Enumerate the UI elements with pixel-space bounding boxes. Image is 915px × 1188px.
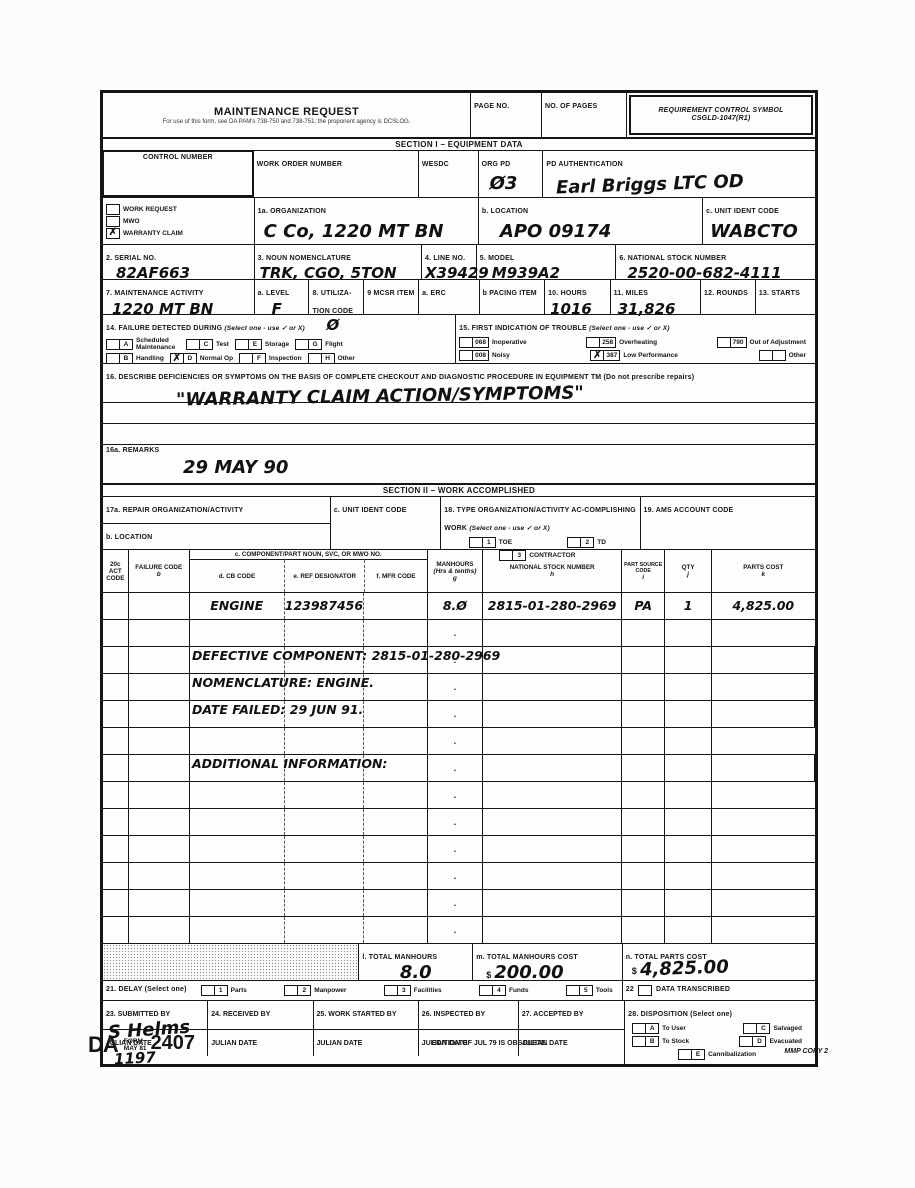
checkbox-box-icon[interactable]: G <box>295 339 322 350</box>
cell-qty <box>665 809 711 835</box>
checkbox-label: WARRANTY CLAIM <box>123 230 183 237</box>
cell-cost <box>712 701 815 727</box>
checkbox-label: Test <box>216 341 229 348</box>
checkbox-label: Inspection <box>269 355 302 362</box>
cell-nsn <box>483 917 622 943</box>
cell-ref: 123987456 <box>285 593 365 619</box>
col-qty: QTY j <box>665 550 711 592</box>
cell-fail <box>129 809 190 835</box>
total-manhours-label: l. TOTAL MANHOURS <box>362 954 437 961</box>
decimal-point: . <box>454 709 457 719</box>
checkbox-normal-op[interactable]: ✗DNormal Op <box>170 353 233 364</box>
checkbox-inspection[interactable]: FInspection <box>239 353 302 364</box>
cell-cb <box>190 917 285 943</box>
cell-mfr <box>364 890 427 916</box>
checkbox-label: Noisy <box>492 352 510 359</box>
cell-nsn <box>483 863 622 889</box>
uic-label: c. UNIT IDENT CODE <box>706 208 779 215</box>
dollar-sign: $ <box>632 966 637 976</box>
accepted-by-label: 27. ACCEPTED BY <box>522 1011 584 1018</box>
decimal-point: . <box>454 898 457 908</box>
rcs-value: CSGLD-1047(R1) <box>634 115 808 123</box>
cell-mh: . <box>428 755 484 781</box>
uic-value: WABCTO <box>710 223 812 241</box>
location-label: b. LOCATION <box>482 208 528 215</box>
total-parts-cost-value: 4,825.00 <box>639 958 728 979</box>
remarks-value: 29 MAY 90 <box>183 459 815 477</box>
work-order-label: WORK ORDER NUMBER <box>257 161 342 168</box>
decimal-point: . <box>454 871 457 881</box>
checkbox-td[interactable]: 2TD <box>567 537 606 548</box>
cell-ref <box>285 863 365 889</box>
col-failure-code: FAILURE CODE b <box>129 550 190 592</box>
cell-mh: . <box>428 836 484 862</box>
checkbox-box-icon[interactable]: 3 <box>384 985 411 996</box>
copy-note: MMP COPY 2 <box>784 1048 828 1055</box>
checkbox-box-icon[interactable]: ✗D <box>170 353 197 364</box>
checkbox-label: Other <box>789 352 806 359</box>
checkbox-box-icon[interactable]: 1 <box>201 985 228 996</box>
handwritten-note: DATE FAILED: 29 JUN 91. <box>192 704 363 717</box>
checkbox-funds[interactable]: 4Funds <box>479 985 529 996</box>
cell-cost <box>712 647 815 673</box>
checkbox-label: Salvaged <box>773 1025 802 1032</box>
cell-fail <box>129 863 190 889</box>
checkbox-low-performance[interactable]: ✗387Low Performance <box>590 350 677 361</box>
col-part-source: PART SOURCE CODE i <box>622 550 665 592</box>
checkbox-box-icon[interactable]: ✗387 <box>590 350 620 361</box>
cell-nsn <box>483 836 622 862</box>
checkbox-label: To User <box>662 1025 686 1032</box>
hours-label: 10. HOURS <box>548 290 587 297</box>
cell-cost <box>712 782 815 808</box>
cell-nsn <box>483 701 622 727</box>
cell-fail <box>129 620 190 646</box>
rounds-label: 12. ROUNDS <box>704 290 748 297</box>
noun-value: TRK, CGO, 5TON <box>260 266 418 281</box>
cell-cost <box>712 809 815 835</box>
edition-note: EDITION OF JUL 79 IS OBSOLETE. <box>195 1040 784 1047</box>
parts-table-row: . <box>103 728 815 755</box>
checkbox-scheduled-maintenance[interactable]: AScheduled Maintenance <box>106 337 180 351</box>
totals-hatched-area <box>103 944 359 980</box>
failure-checks-row1: AScheduled MaintenanceCTestEStorageGFlig… <box>106 337 452 351</box>
page-footer: DA FORM MAY 81 2407 EDITION OF JUL 79 IS… <box>88 1032 828 1058</box>
cell-mfr <box>364 917 427 943</box>
repair-location-label: b. LOCATION <box>106 534 152 541</box>
noun-label: 3. NOUN NOMENCLATURE <box>258 255 351 262</box>
col-manhours: MANHOURS (Hrs & tenths) g <box>428 550 484 592</box>
cell-mh: . <box>428 890 484 916</box>
line-value: X39429 <box>425 266 473 281</box>
cell-mfr <box>364 593 427 619</box>
parts-table-row: . <box>103 863 815 890</box>
control-number-label: CONTROL NUMBER <box>107 154 249 162</box>
checkbox-label: TD <box>597 539 606 546</box>
checkbox-label: Out of Adjustment <box>750 339 806 346</box>
col-parts-cost: PARTS COST k <box>712 550 815 592</box>
cell-src <box>622 701 665 727</box>
checkbox-box-icon[interactable]: E <box>235 339 262 350</box>
checkbox-box-icon[interactable]: 1 <box>469 537 496 548</box>
page-no-label: PAGE NO. <box>474 103 509 110</box>
cell-act <box>103 890 129 916</box>
checkbox-box-icon[interactable]: 2 <box>284 985 311 996</box>
serial-label: 2. SERIAL NO. <box>106 255 156 262</box>
cell-cb <box>190 809 285 835</box>
cell-src <box>622 836 665 862</box>
cell-act <box>103 701 129 727</box>
cell-nsn <box>483 890 622 916</box>
data-transcribed-checkbox[interactable] <box>638 985 652 996</box>
cell-src <box>622 647 665 673</box>
dollar-sign: $ <box>486 970 491 980</box>
decimal-point: . <box>454 790 457 800</box>
checkbox-other[interactable]: HOther <box>308 353 355 364</box>
checkbox-tools[interactable]: 5Tools <box>566 985 613 996</box>
trouble-checks-row2: 008Noisy✗387Low PerformanceOther <box>459 350 812 361</box>
cell-qty <box>665 782 711 808</box>
checkbox-box-icon[interactable]: 5 <box>566 985 593 996</box>
checkbox-box-icon[interactable]: ✗ <box>106 228 120 239</box>
line-label: 4. LINE NO. <box>425 255 465 262</box>
checkbox-label: Parts <box>231 987 247 994</box>
first-indication-label: 15. FIRST INDICATION OF TROUBLE (Select … <box>459 325 669 332</box>
cell-mfr <box>364 863 427 889</box>
cell-mfr <box>364 701 427 727</box>
received-by-label: 24. RECEIVED BY <box>211 1011 270 1018</box>
checkbox-inoperative[interactable]: 068Inoperative <box>459 337 527 348</box>
col-nsn: NATIONAL STOCK NUMBER h <box>483 550 622 592</box>
cell-fail <box>129 917 190 943</box>
cell-act <box>103 782 129 808</box>
decimal-point: . <box>454 763 457 773</box>
cell-cost <box>712 863 815 889</box>
cell-nsn <box>483 809 622 835</box>
decimal-point: . <box>454 844 457 854</box>
cell-nsn <box>483 782 622 808</box>
cell-act <box>103 593 129 619</box>
cell-ref <box>285 728 365 754</box>
rcs-label: REQUIREMENT CONTROL SYMBOL <box>634 107 808 115</box>
pd-auth-label: PD AUTHENTICATION <box>546 161 623 168</box>
cell-act <box>103 917 129 943</box>
describe-label: 16. DESCRIBE DEFICIENCIES OR SYMPTOMS ON… <box>106 374 694 381</box>
da-logo: DA <box>88 1032 118 1058</box>
cell-src <box>622 782 665 808</box>
type-org-label: 18. TYPE ORGANIZATION/ACTIVITY AC-COMPLI… <box>444 507 636 532</box>
checkbox-box-icon[interactable]: 790 <box>717 337 747 348</box>
form-subtitle: For use of this form, see DA PAM's 738-7… <box>106 119 467 125</box>
cell-cost <box>712 917 815 943</box>
inspected-by-label: 26. INSPECTED BY <box>422 1011 485 1018</box>
trouble-checks-row1: 068Inoperative258Overheating790Out of Ad… <box>459 337 812 348</box>
cell-mh: . <box>428 917 484 943</box>
checkbox-box-icon[interactable]: 008 <box>459 350 489 361</box>
total-manhours-cost-value: 200.00 <box>494 964 563 982</box>
cell-cb <box>190 782 285 808</box>
parts-table-row: .DATE FAILED: 29 JUN 91. <box>103 701 815 728</box>
nsn-value: 2520-00-682-4111 <box>627 266 812 281</box>
mcsr-item-label: 9 MCSR ITEM <box>367 290 414 297</box>
cell-cost: 4,825.00 <box>712 593 815 619</box>
handwritten-note: DEFECTIVE COMPONENT: 2815-01-280-2969 <box>192 650 500 663</box>
checkbox-parts[interactable]: 1Parts <box>201 985 247 996</box>
cell-qty <box>665 647 711 673</box>
checkbox-facilities[interactable]: 3Facilities <box>384 985 442 996</box>
model-value: M939A2 <box>492 266 613 281</box>
model-label: 5. MODEL <box>480 255 515 262</box>
org-pd-label: ORG PD <box>482 161 511 168</box>
cell-mfr <box>364 728 427 754</box>
checkbox-label: Other <box>338 355 355 362</box>
cell-cost <box>712 620 815 646</box>
checkbox-box-icon[interactable] <box>106 216 120 227</box>
cell-mh: 8.Ø <box>428 593 484 619</box>
checkbox-mwo[interactable]: MWO <box>106 216 245 227</box>
col-mfr-code: f. MFR CODE <box>365 560 426 592</box>
cell-ref <box>285 836 365 862</box>
cell-act <box>103 674 129 700</box>
cell-act <box>103 863 129 889</box>
cell-fail <box>129 593 190 619</box>
organization-value: C Co, 1220 MT BN <box>264 223 475 241</box>
cell-src <box>622 620 665 646</box>
repair-org-label: 17a. REPAIR ORGANIZATION/ACTIVITY <box>106 507 243 514</box>
disposition-label: 28. DISPOSITION (Select one) <box>628 1011 732 1018</box>
checkbox-label: WORK REQUEST <box>123 206 177 213</box>
cell-mh: . <box>428 701 484 727</box>
col-component: c. COMPONENT/PART NOUN, SVC, OR MWO NO. … <box>190 550 428 592</box>
cell-qty <box>665 863 711 889</box>
cell-ref <box>285 890 365 916</box>
cell-nsn <box>483 728 622 754</box>
cell-act <box>103 755 129 781</box>
cell-cost <box>712 890 815 916</box>
cell-ref <box>285 917 365 943</box>
remarks-label: 16a. REMARKS <box>103 445 815 457</box>
cell-act <box>103 620 129 646</box>
cell-mfr <box>364 782 427 808</box>
checkbox-label: Overheating <box>619 339 657 346</box>
col-ref-designator: e. REF DESIGNATOR <box>285 560 365 592</box>
checkbox-label: MWO <box>123 218 140 225</box>
cell-mfr <box>364 809 427 835</box>
cell-nsn: 2815-01-280-2969 <box>483 593 622 619</box>
da-form-2407: MAINTENANCE REQUEST For use of this form… <box>100 90 818 1067</box>
checkbox-label: Low Performance <box>623 352 678 359</box>
cell-fail <box>129 755 190 781</box>
data-transcribed-label: DATA TRANSCRIBED <box>656 986 730 994</box>
cell-fail <box>129 782 190 808</box>
delay-label: 21. DELAY (Select one) <box>106 986 187 994</box>
maint-activity-label: 7. MAINTENANCE ACTIVITY <box>106 290 204 297</box>
erc-label: a. ERC <box>422 290 446 297</box>
submitted-by-label: 23. SUBMITTED BY <box>106 1011 170 1018</box>
checkbox-label: Manpower <box>314 987 346 994</box>
checkbox-storage[interactable]: EStorage <box>235 339 289 350</box>
form-title: MAINTENANCE REQUEST <box>106 106 467 118</box>
decimal-point: . <box>454 925 457 935</box>
total-manhours-value: 8.0 <box>362 964 469 982</box>
data-transcribed-number: 22 <box>626 986 634 994</box>
cell-src <box>622 809 665 835</box>
location-value: APO 09174 <box>500 223 699 241</box>
nsn-label: 6. NATIONAL STOCK NUMBER <box>619 255 726 262</box>
parts-table-row: . <box>103 836 815 863</box>
checkbox-label: Tools <box>596 987 613 994</box>
cell-qty <box>665 755 711 781</box>
pd-auth-value: Earl Briggs LTC OD <box>556 171 811 198</box>
cell-fail <box>129 728 190 754</box>
type-checks-row1: 1TOE2TD <box>444 537 636 548</box>
section2-bar: SECTION II – WORK ACCOMPLISHED <box>103 484 815 497</box>
form-word-date: FORM MAY 81 <box>124 1038 147 1052</box>
decimal-point: . <box>454 736 457 746</box>
cell-mfr <box>364 620 427 646</box>
checkbox-box-icon[interactable]: 258 <box>586 337 616 348</box>
cell-qty: 1 <box>665 593 711 619</box>
checkbox-box-icon[interactable] <box>759 350 786 361</box>
checkbox-test[interactable]: CTest <box>186 339 229 350</box>
checkbox-overheating[interactable]: 258Overheating <box>586 337 657 348</box>
cell-cb <box>190 863 285 889</box>
cell-nsn <box>483 755 622 781</box>
cell-src <box>622 728 665 754</box>
cell-ref <box>285 809 365 835</box>
checkbox-box-icon[interactable]: F <box>239 353 266 364</box>
handwritten-note: NOMENCLATURE: ENGINE. <box>192 677 374 690</box>
cell-act <box>103 728 129 754</box>
parts-table-row: . <box>103 890 815 917</box>
cell-cb <box>190 836 285 862</box>
level-label: a. LEVEL <box>258 290 290 297</box>
checkbox-label: Scheduled Maintenance <box>136 337 180 351</box>
parts-table-body: ENGINE1239874568.Ø2815-01-280-2969PA14,8… <box>103 593 815 944</box>
cell-nsn <box>483 620 622 646</box>
checkbox-work-request[interactable]: WORK REQUEST <box>106 204 245 215</box>
org-pd-value: Ø3 <box>490 175 540 193</box>
cell-nsn <box>483 674 622 700</box>
decimal-point: . <box>454 817 457 827</box>
cell-act <box>103 647 129 673</box>
organization-label: 1a. ORGANIZATION <box>258 208 326 215</box>
no-pages-label: NO. OF PAGES <box>545 103 597 110</box>
checkbox-box-icon[interactable]: B <box>106 353 133 364</box>
checkbox-flight[interactable]: GFlight <box>295 339 343 350</box>
cell-cost <box>712 674 815 700</box>
checkbox-label: Flight <box>325 341 343 348</box>
checkbox-box-icon[interactable]: C <box>186 339 213 350</box>
checkbox-label: Facilities <box>414 987 442 994</box>
checkbox-label: Funds <box>509 987 529 994</box>
cell-qty <box>665 701 711 727</box>
cell-cost <box>712 755 815 781</box>
col-act-code: 20c ACT CODE <box>103 550 129 592</box>
checkbox-box-icon[interactable]: H <box>308 353 335 364</box>
miles-label: 11. MILES <box>614 290 648 297</box>
cell-fail <box>129 647 190 673</box>
checkbox-manpower[interactable]: 2Manpower <box>284 985 346 996</box>
cell-src <box>622 863 665 889</box>
form-number: 2407 <box>151 1032 196 1055</box>
cell-mh: . <box>428 863 484 889</box>
checkbox-other[interactable]: Other <box>759 350 806 361</box>
delay-checks: 1Parts2Manpower3Facilities4Funds5Tools <box>201 985 619 996</box>
cell-mfr <box>364 836 427 862</box>
cell-ref <box>285 620 365 646</box>
checkbox-toe[interactable]: 1TOE <box>469 537 512 548</box>
parts-table-row: .DEFECTIVE COMPONENT: 2815-01-280-2969 <box>103 647 815 674</box>
checkbox-out-of-adjustment[interactable]: 790Out of Adjustment <box>717 337 806 348</box>
checkbox-box-icon[interactable]: A <box>106 339 133 350</box>
cell-src <box>622 917 665 943</box>
cell-qty <box>665 917 711 943</box>
cell-ref <box>285 782 365 808</box>
parts-table-row: . <box>103 809 815 836</box>
checkbox-warranty-claim[interactable]: ✗WARRANTY CLAIM <box>106 228 245 239</box>
checkbox-noisy[interactable]: 008Noisy <box>459 350 510 361</box>
checkbox-box-icon[interactable] <box>106 204 120 215</box>
cell-mh: . <box>428 728 484 754</box>
parts-table-row: . <box>103 620 815 647</box>
describe-blank-line-2 <box>103 423 815 444</box>
wesdc-label: WESDC <box>422 161 449 168</box>
work-started-by-label: 25. WORK STARTED BY <box>317 1011 397 1018</box>
cell-act <box>103 809 129 835</box>
parts-table-row: .NOMENCLATURE: ENGINE. <box>103 674 815 701</box>
cell-cb <box>190 890 285 916</box>
cell-fail <box>129 890 190 916</box>
parts-table-row: .ADDITIONAL INFORMATION: <box>103 755 815 782</box>
parts-table-row: ENGINE1239874568.Ø2815-01-280-2969PA14,8… <box>103 593 815 620</box>
checkbox-label: Handling <box>136 355 164 362</box>
cell-src <box>622 674 665 700</box>
cell-nsn <box>483 647 622 673</box>
pacing-item-label: b PACING ITEM <box>483 290 537 297</box>
checkbox-box-icon[interactable]: 2 <box>567 537 594 548</box>
cell-fail <box>129 674 190 700</box>
starts-label: 13. STARTS <box>759 290 800 297</box>
failure-detected-label: 14. FAILURE DETECTED DURING (Select one … <box>106 325 305 332</box>
request-type-group: WORK REQUESTMWO✗WARRANTY CLAIM <box>103 198 255 244</box>
cell-mh: . <box>428 620 484 646</box>
checkbox-box-icon[interactable]: 068 <box>459 337 489 348</box>
utilization-code-label: 8. UTILIZA-TION CODE <box>312 290 353 315</box>
cell-cb <box>190 620 285 646</box>
parts-table-row: . <box>103 782 815 809</box>
cell-src: PA <box>622 593 665 619</box>
total-manhours-cost-label: m. TOTAL MANHOURS COST <box>476 954 578 961</box>
cell-mh: . <box>428 782 484 808</box>
cell-act <box>103 836 129 862</box>
failure-checks-row2: BHandling✗DNormal OpFInspectionHOther <box>106 353 452 364</box>
cell-qty <box>665 890 711 916</box>
col-cb-code: d. CB CODE <box>190 560 285 592</box>
decimal-point: . <box>454 682 457 692</box>
cell-cb: ENGINE <box>190 593 285 619</box>
checkbox-label: Inoperative <box>492 339 527 346</box>
cell-src <box>622 890 665 916</box>
checkbox-handling[interactable]: BHandling <box>106 353 164 364</box>
cell-qty <box>665 620 711 646</box>
repair-uic-label: c. UNIT IDENT CODE <box>334 507 407 514</box>
checkbox-label: TOE <box>499 539 512 546</box>
cell-fail <box>129 836 190 862</box>
cell-cost <box>712 728 815 754</box>
cell-fail <box>129 701 190 727</box>
checkbox-box-icon[interactable]: 4 <box>479 985 506 996</box>
